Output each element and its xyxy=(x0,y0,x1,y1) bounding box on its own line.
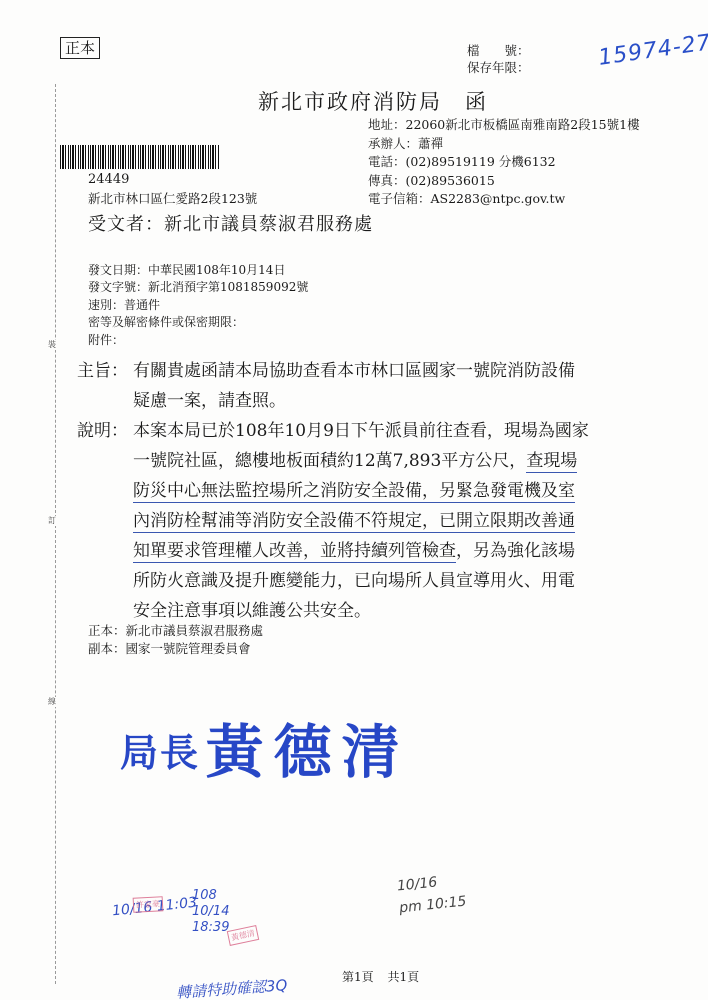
subject-row: 主旨： 有關貴處函請本局協助查看本市林口區國家一號院消防設備 xyxy=(77,356,677,386)
contact-fax: 傳真：(02)89536015 xyxy=(368,172,640,191)
description-line-5-underlined: 知單要求管理權人改善，並將持續列管檢查 xyxy=(133,541,456,563)
description-line-6: 所防火意識及提升應變能力，已向場所人員宣導用火、用電 xyxy=(77,566,677,596)
official-letter-page: 裝 訂 線 正本 檔 號： 保存年限： 15974-27 新北市政府消防局 函 … xyxy=(0,0,708,1000)
description-line-4-underlined: 內消防栓幫浦等消防安全設備不符規定，已開立限期改善通 xyxy=(133,511,575,533)
file-number-label: 檔 號： xyxy=(467,42,530,59)
description-line-5: 知單要求管理權人改善，並將持續列管檢查，另為強化該場 xyxy=(77,536,677,566)
process-year: 108 xyxy=(192,888,229,904)
binding-mark-ding: 訂 xyxy=(48,516,56,526)
barcode xyxy=(60,145,220,169)
contact-block: 地址：22060新北市板橋區南雅南路2段15號1樓 承辦人：蕭禪 電話：(02)… xyxy=(368,116,640,209)
description-line-1: 本案本局已於108年10月9日下午派員前往查看，現場為國家 xyxy=(133,416,589,446)
issue-date: 發文日期：中華民國108年10月14日 xyxy=(88,262,308,279)
original-recipient: 正本：新北市議員蔡淑君服務處 xyxy=(88,622,263,640)
process-time: 18:39 xyxy=(192,920,229,936)
description-label: 說明： xyxy=(77,416,133,446)
contact-email: 電子信箱：AS2283@ntpc.gov.tw xyxy=(368,190,640,209)
received-stamp: 許家豪 xyxy=(133,896,164,913)
recipient: 受文者：新北市議員蔡淑君服務處 xyxy=(88,210,373,236)
process-date: 10/14 xyxy=(192,904,229,920)
handwritten-right-note: 10/16 pm 10:15 xyxy=(396,869,468,920)
binding-mark-xian: 線 xyxy=(48,697,56,707)
description-line-4: 內消防栓幫浦等消防安全設備不符規定，已開立限期改善通 xyxy=(77,506,677,536)
handwritten-note: 轉請特助確認3Q xyxy=(175,974,288,1000)
retention-label: 保存年限： xyxy=(467,59,530,76)
binding-mark-zhuang: 裝 xyxy=(48,340,56,350)
description-line-3-underlined: 防災中心無法監控場所之消防安全設備，另緊急發電機及室 xyxy=(133,481,575,503)
copy-type-box: 正本 xyxy=(60,37,100,59)
file-meta: 檔 號： 保存年限： xyxy=(467,42,530,76)
description-line-2: 一號院社區，總樓地板面積約12萬7,893平方公尺，查現場 xyxy=(77,446,677,476)
contact-handler: 承辦人：蕭禪 xyxy=(368,135,640,154)
signature-name: 黃德清 xyxy=(206,718,410,786)
signature-title: 局長 xyxy=(120,730,200,775)
description-line-3: 防災中心無法監控場所之消防安全設備，另緊急發電機及室 xyxy=(77,476,677,506)
process-stamp: 黃德清 xyxy=(227,925,259,946)
document-meta: 發文日期：中華民國108年10月14日 發文字號：新北消預字第108185909… xyxy=(88,262,308,349)
doc-number: 發文字號：新北消預字第1081859092號 xyxy=(88,279,308,296)
contact-phone: 電話：(02)89519119 分機6132 xyxy=(368,153,640,172)
attachment: 附件： xyxy=(88,332,308,349)
page-number: 第1頁 共1頁 xyxy=(342,968,419,985)
distribution: 正本：新北市議員蔡淑君服務處 副本：國家一號院管理委員會 xyxy=(88,622,263,657)
binding-line xyxy=(55,84,56,984)
subject-label: 主旨： xyxy=(77,356,133,386)
copy-recipient: 副本：國家一號院管理委員會 xyxy=(88,640,263,658)
subject-line-1: 有關貴處函請本局協助查看本市林口區國家一號院消防設備 xyxy=(133,356,575,386)
handwritten-process-time: 108 10/14 18:39 xyxy=(192,888,229,936)
classification: 密等及解密條件或保密期限： xyxy=(88,314,308,331)
director-signature-seal: 局長 黃德清 xyxy=(120,705,410,789)
recipient-address: 新北市林口區仁愛路2段123號 xyxy=(88,189,257,207)
letter-body: 主旨： 有關貴處函請本局協助查看本市林口區國家一號院消防設備 疑慮一案，請查照。… xyxy=(77,356,677,626)
description-line-2-underlined: 查現場 xyxy=(526,451,577,473)
handwritten-file-number: 15974-27 xyxy=(597,30,708,71)
speed-class: 速別：普通件 xyxy=(88,297,308,314)
contact-address: 地址：22060新北市板橋區南雅南路2段15號1樓 xyxy=(368,116,640,135)
org-title: 新北市政府消防局 函 xyxy=(258,86,488,116)
description-row: 說明： 本案本局已於108年10月9日下午派員前往查看，現場為國家 xyxy=(77,416,677,446)
description-line-2-plain: 一號院社區，總樓地板面積約12萬7,893平方公尺， xyxy=(133,451,526,471)
description-line-5-plain: ，另為強化該場 xyxy=(456,541,575,561)
subject-line-2: 疑慮一案，請查照。 xyxy=(77,386,677,416)
recipient-postcode: 24449 xyxy=(88,172,129,187)
